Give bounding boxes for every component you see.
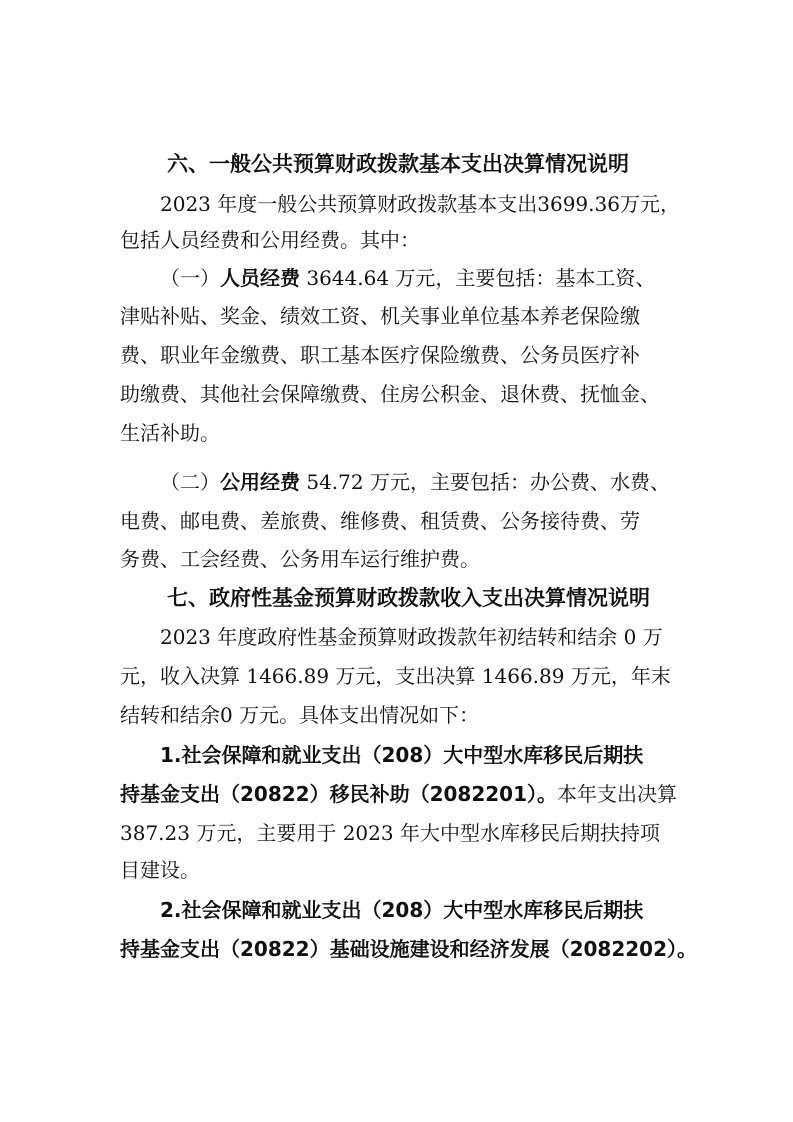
section6-heading: 六、一般公共预算财政拨款基本支出决算情况说明 [167,152,629,176]
item1-title-cont: 持基金支出（20822）移民补助（2082201）。 [120,782,557,806]
personnel-line4: 助缴费、其他社会保障缴费、住房公积金、退休费、抚恤金、 [120,382,660,406]
personnel-line5: 生活补助。 [120,421,220,445]
personnel-prefix: （一） [160,266,220,290]
public-line1: （二）公用经费 54.72 万元，主要包括：办公费、水费、 [160,470,670,494]
section7-heading: 七、政府性基金预算财政拨款收入支出决算情况说明 [167,586,650,610]
item2-line2: 持基金支出（20822）基础设施建设和经济发展（2082202）。 [120,937,697,961]
section7-intro-line3: 结转和结余0 万元。具体支出情况如下： [120,703,479,727]
item1-line3: 387.23 万元，主要用于 2023 年大中型水库移民后期扶持项 [120,821,660,845]
item1-line4: 目建设。 [120,858,200,882]
personnel-line2: 津贴补贴、奖金、绩效工资、机关事业单位基本养老保险缴 [120,304,640,328]
public-prefix: （二） [160,470,220,494]
personnel-amount-text: 3644.64 万元，主要包括：基本工资、 [300,266,655,290]
public-label: 公用经费 [220,470,300,494]
section6-intro-line2: 包括人员经费和公用经费。其中： [120,228,420,252]
section7-intro-line1: 2023 年度政府性基金预算财政拨款年初结转和结余 0 万 [160,625,663,649]
section7-intro-line2: 元，收入决算 1466.89 万元，支出决算 1466.89 万元，年末 [120,664,671,688]
item1-line1: 1.社会保障和就业支出（208）大中型水库移民后期扶 [160,743,643,767]
item2-line1: 2.社会保障和就业支出（208）大中型水库移民后期扶 [160,898,643,922]
personnel-line1: （一）人员经费 3644.64 万元，主要包括：基本工资、 [160,266,655,290]
public-line2: 电费、邮电费、差旅费、维修费、租赁费、公务接待费、劳 [120,509,640,533]
public-line3: 务费、工会经费、公务用车运行维护费。 [120,547,480,571]
item1-desc: 本年支出决算 [557,782,677,806]
personnel-label: 人员经费 [220,266,300,290]
item1-line2: 持基金支出（20822）移民补助（2082201）。本年支出决算 [120,782,677,806]
section6-intro-line1: 2023 年度一般公共预算财政拨款基本支出3699.36万元， [160,192,680,216]
public-amount-text: 54.72 万元，主要包括：办公费、水费、 [300,470,670,494]
personnel-line3: 费、职业年金缴费、职工基本医疗保险缴费、公务员医疗补 [120,343,640,367]
